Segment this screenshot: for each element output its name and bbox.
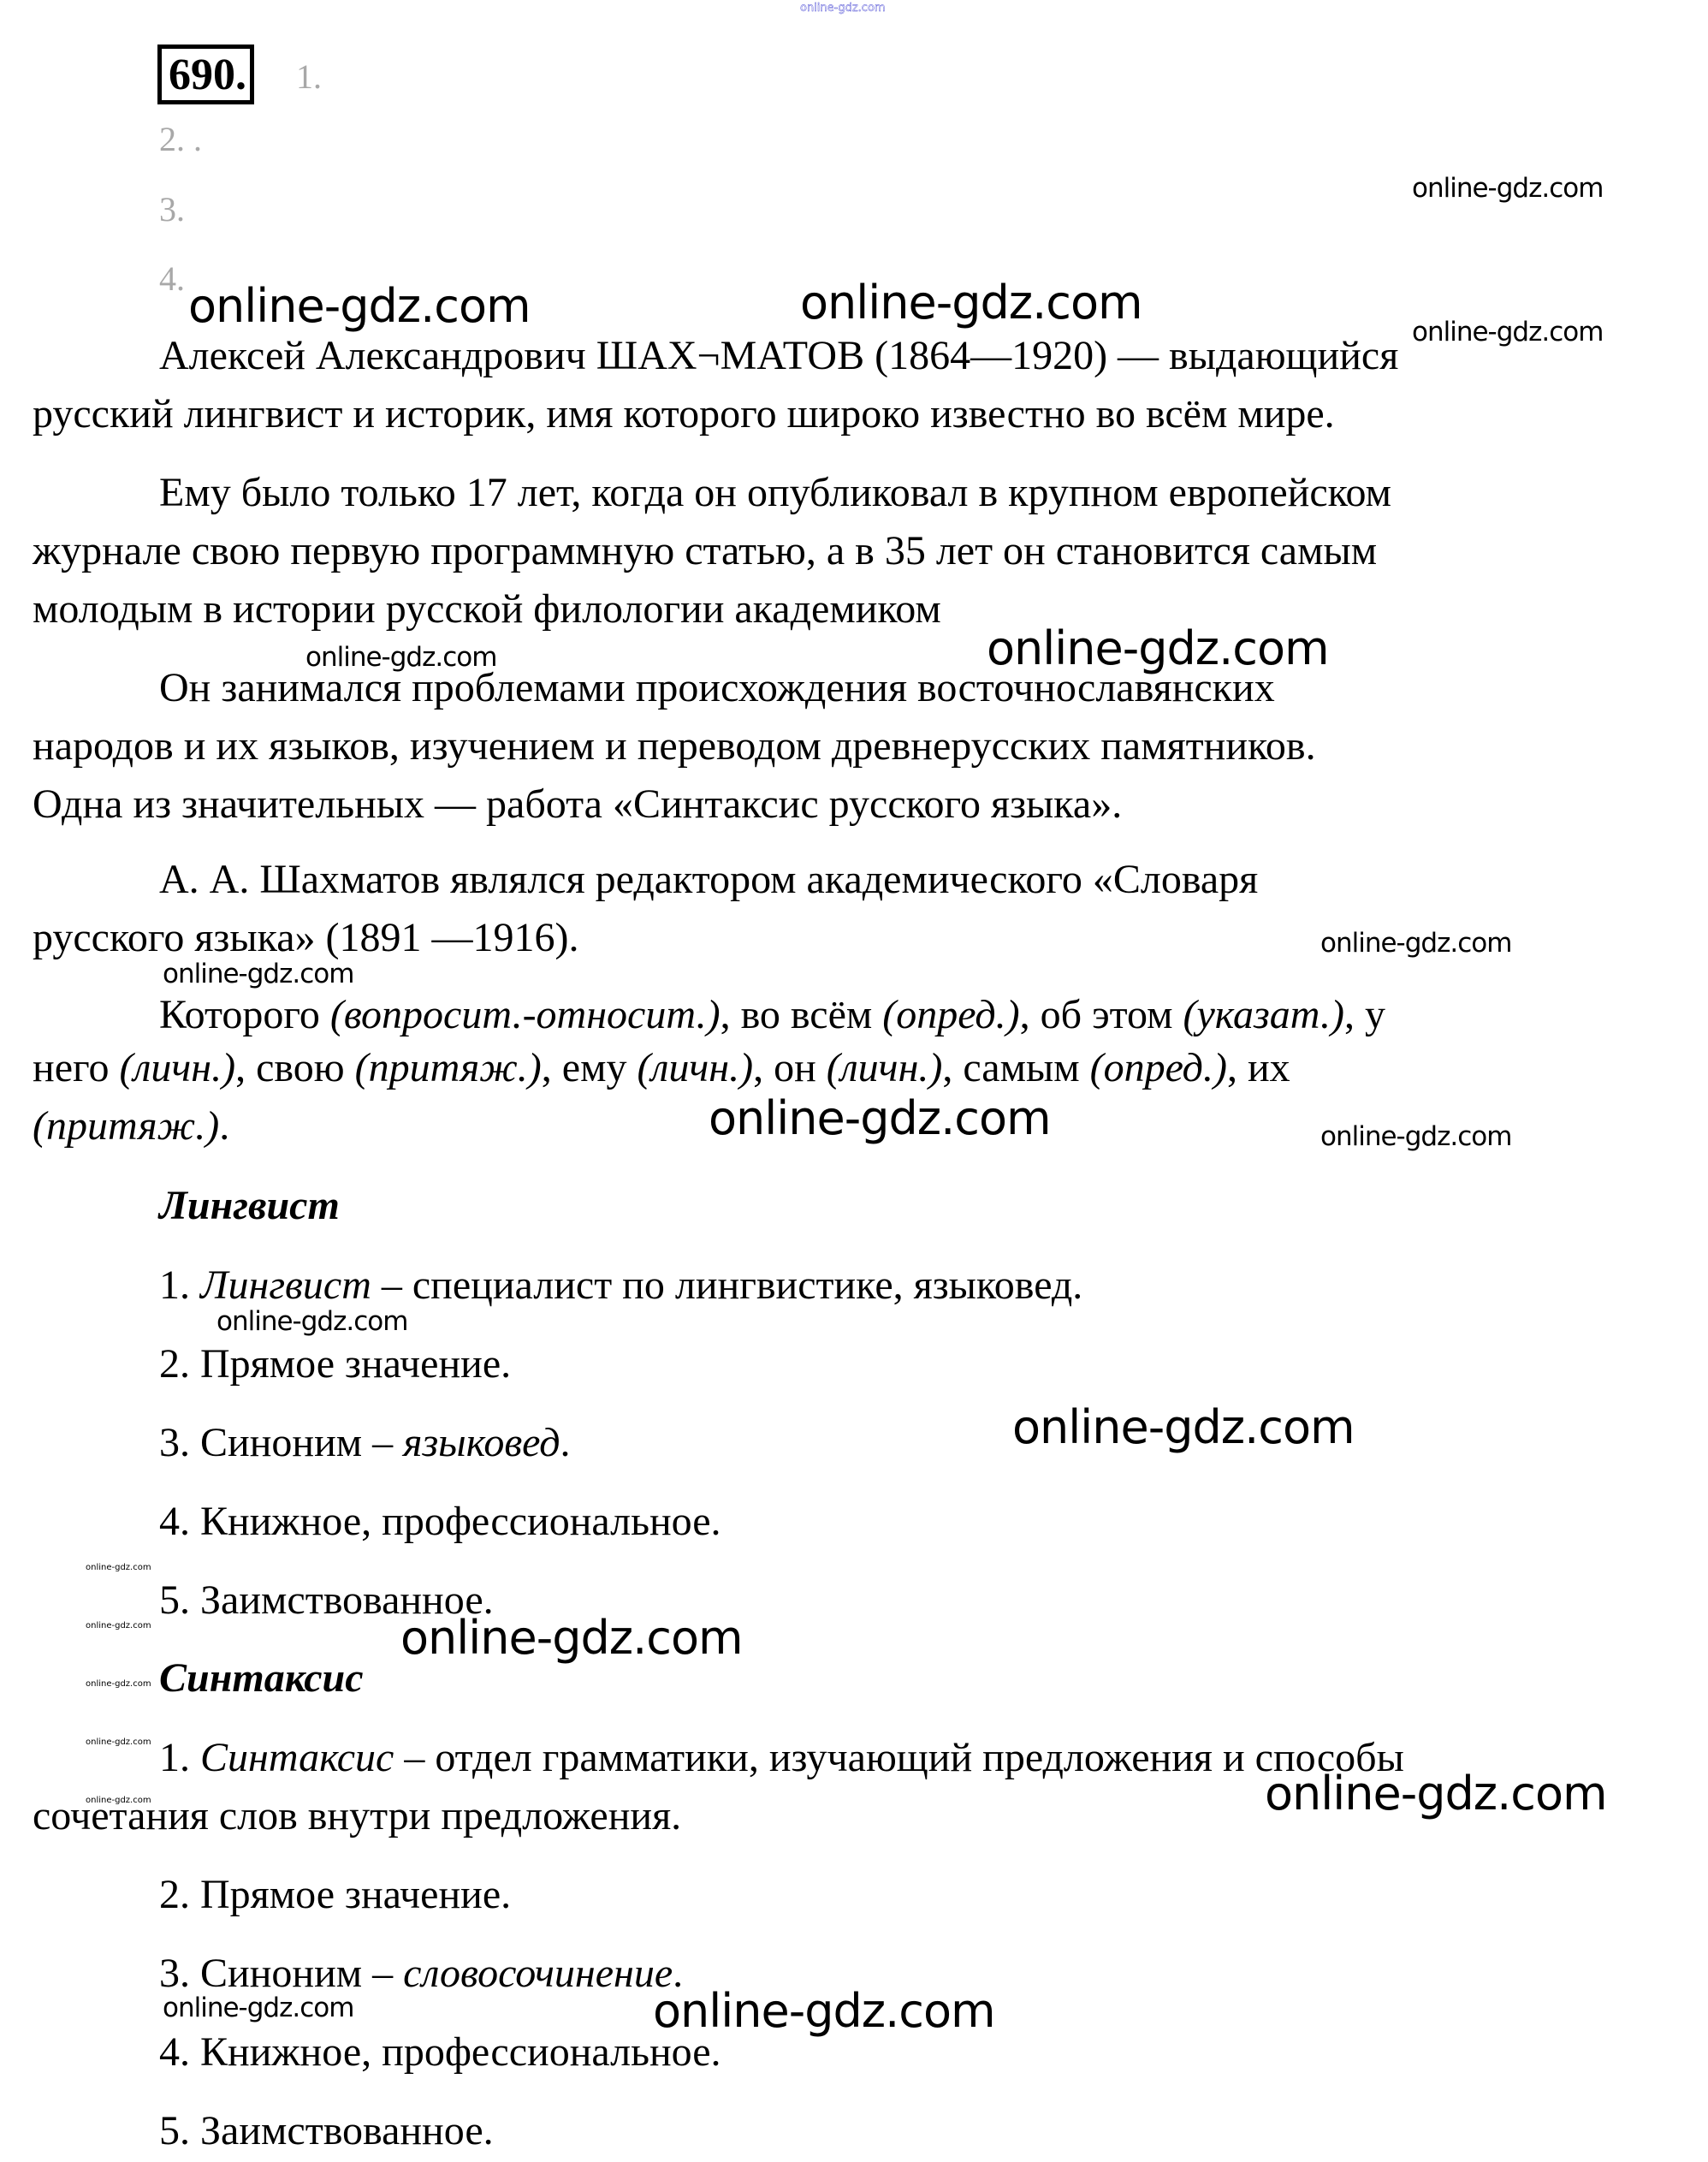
pronouns-line-3: (притяж.). (33, 1106, 229, 1147)
item-text: – отдел грамматики, изучающий предложени… (394, 1735, 1404, 1780)
item-3-grey: 3. (159, 193, 185, 227)
pronoun-word: самым (963, 1045, 1079, 1090)
pronoun-note: (опред.) (882, 992, 1019, 1037)
pronoun-note: (личн.) (119, 1045, 235, 1090)
sintaksis-item-5: 5. Заимствованное. (159, 2111, 494, 2152)
item-1-grey: 1. (296, 60, 322, 94)
watermark: online-gdz.com (188, 279, 531, 333)
pronoun-word: Которого (159, 992, 320, 1037)
item-text: Прямое значение. (200, 1872, 511, 1917)
watermark-tiny: online-gdz.com (86, 1563, 151, 1572)
watermark-tiny: online-gdz.com (86, 1737, 151, 1747)
watermark: online-gdz.com (1320, 1121, 1511, 1152)
item-number: 5. (159, 2108, 190, 2153)
watermark: online-gdz.com (400, 1611, 743, 1665)
pronoun-word: у (1365, 992, 1385, 1037)
item-text: Книжное, профессиональное. (200, 1499, 721, 1544)
watermark: online-gdz.com (1265, 1767, 1607, 1820)
item-tail: . (560, 1420, 571, 1465)
paragraph-3-line-1: Он занимался проблемами происхождения во… (159, 668, 1275, 709)
item-4-grey: 4. (159, 262, 185, 296)
paragraph-3-line-2: народов и их языков, изучением и перевод… (33, 726, 1316, 767)
watermark-tiny: online-gdz.com (86, 1621, 151, 1630)
watermark-top: online-gdz.com (800, 2, 886, 15)
item-term: языковед (403, 1420, 560, 1465)
pronoun-note: (притяж.) (355, 1045, 542, 1090)
watermark: online-gdz.com (709, 1091, 1051, 1145)
item-number: 3. (159, 1420, 190, 1465)
item-term: Лингвист (200, 1262, 371, 1308)
watermark: online-gdz.com (1412, 317, 1603, 347)
item-number: 2. (159, 1341, 190, 1387)
section-title-lingvist: Лингвист (159, 1185, 340, 1227)
watermark: online-gdz.com (1320, 928, 1511, 959)
pronoun-word: него (33, 1045, 109, 1090)
lingvist-item-3: 3. Синоним – языковед. (159, 1423, 571, 1464)
pronoun-word: ему (562, 1045, 627, 1090)
paragraph-2-line-3: молодым в истории русской филологии акад… (33, 589, 941, 630)
paragraph-3-line-3: Одна из значительных — работа «Синтаксис… (33, 784, 1122, 825)
sintaksis-item-1: 1. Синтаксис – отдел грамматики, изучающ… (159, 1737, 1404, 1779)
sintaksis-item-2: 2. Прямое значение. (159, 1874, 511, 1916)
item-text: Книжное, профессиональное. (200, 2029, 721, 2075)
section-title-sintaksis: Синтаксис (159, 1658, 364, 1699)
pronouns-line-1: Которого (вопросит.-относит.), во всём (… (159, 995, 1385, 1036)
lingvist-item-2: 2. Прямое значение. (159, 1344, 511, 1385)
item-text: Прямое значение. (200, 1341, 511, 1387)
pronoun-note: (вопросит.-относит.) (330, 992, 721, 1037)
watermark: online-gdz.com (163, 959, 353, 989)
watermark-tiny: online-gdz.com (86, 1679, 151, 1689)
lingvist-item-4: 4. Книжное, профессиональное. (159, 1501, 721, 1542)
item-2-grey: 2. . (159, 122, 202, 157)
item-number: 4. (159, 2029, 190, 2075)
pronouns-line-2: него (личн.), свою (притяж.), ему (личн.… (33, 1048, 1290, 1089)
item-text: Заимствованное. (200, 2108, 494, 2153)
item-number: 1. (159, 1262, 190, 1308)
pronoun-note: (опред.) (1090, 1045, 1227, 1090)
watermark: online-gdz.com (216, 1306, 407, 1337)
watermark: online-gdz.com (800, 276, 1142, 330)
pronoun-note: (личн.) (637, 1045, 753, 1090)
paragraph-1-line-1: Алексей Александрович ШАХ¬МАТОВ (1864—19… (159, 336, 1398, 377)
pronoun-note: (личн.) (827, 1045, 943, 1090)
watermark: online-gdz.com (1012, 1400, 1355, 1454)
pronoun-note: (указат.) (1183, 992, 1344, 1037)
pronoun-word: во всём (741, 992, 873, 1037)
item-text: Синоним – (200, 1951, 403, 1996)
item-number: 1. (159, 1735, 190, 1780)
watermark: online-gdz.com (163, 1993, 353, 2023)
paragraph-2-line-2: журнале свою первую программную статью, … (33, 531, 1377, 572)
exercise-number: 690. (157, 45, 254, 104)
item-number: 2. (159, 1872, 190, 1917)
item-text: – специалист по лингвистике, языковед. (371, 1262, 1082, 1308)
paragraph-4-line-1: А. А. Шахматов являлся редактором академ… (159, 859, 1258, 900)
sintaksis-item-1-continued: сочетания слов внутри предложения. (33, 1796, 681, 1837)
item-term: словосочинение (403, 1951, 673, 1996)
exercise-number-box: 690. (157, 45, 254, 104)
item-number: 3. (159, 1951, 190, 1996)
sintaksis-item-4: 4. Книжное, профессиональное. (159, 2032, 721, 2073)
item-number: 5. (159, 1577, 190, 1623)
pronoun-note: (притяж.) (33, 1103, 219, 1149)
watermark: online-gdz.com (1412, 173, 1603, 204)
lingvist-item-1: 1. Лингвист – специалист по лингвистике,… (159, 1265, 1082, 1306)
sintaksis-item-3: 3. Синоним – словосочинение. (159, 1953, 683, 1994)
pronoun-word: об этом (1041, 992, 1173, 1037)
item-number: 4. (159, 1499, 190, 1544)
paragraph-1-line-2: русский лингвист и историк, имя которого… (33, 394, 1335, 435)
pronoun-word: свою (256, 1045, 345, 1090)
paragraph-2-line-1: Ему было только 17 лет, когда он опублик… (159, 472, 1391, 514)
pronoun-word: их (1248, 1045, 1290, 1090)
item-term: Синтаксис (200, 1735, 394, 1780)
pronoun-word: он (774, 1045, 816, 1090)
item-text: Синоним – (200, 1420, 403, 1465)
paragraph-4-line-2: русского языка» (1891 —1916). (33, 918, 579, 959)
